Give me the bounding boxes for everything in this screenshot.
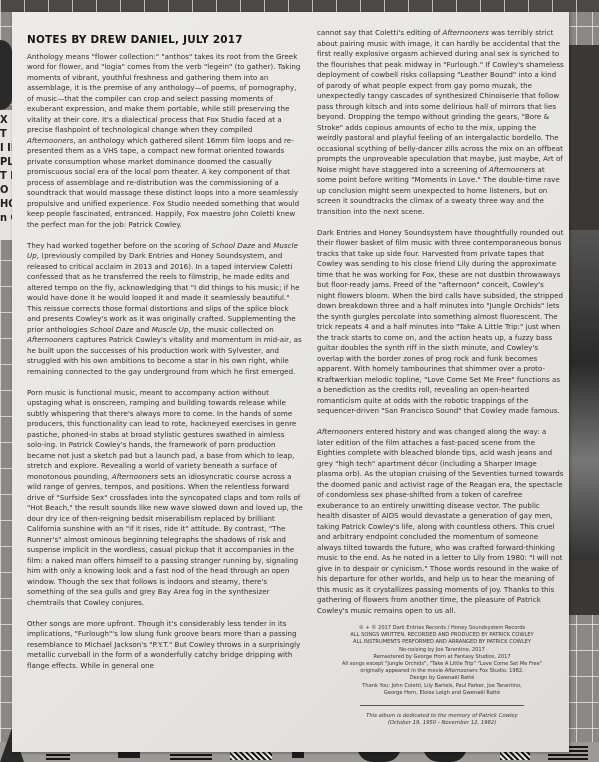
- credit-line: Design by Gwenaël Ratté: [317, 675, 567, 682]
- text-segment: George Horn, Eloise Leigh and Gwenaël Ra…: [384, 690, 500, 696]
- right-paragraphs: cannot say that Coletti's editing of Aft…: [317, 28, 564, 616]
- credit-line: ℗ + © 2017 Dark Entries Records / Honey …: [317, 625, 567, 632]
- background-left-dark-shape: [0, 40, 12, 110]
- text-segment: Other songs are more upfront. Though it'…: [27, 619, 300, 670]
- italic-title: Afternooners: [445, 668, 478, 674]
- dedication-line: This album is dedicated to the memory of…: [317, 713, 567, 720]
- text-segment: originally appeared in the movie: [360, 668, 444, 674]
- paragraph: Porn music is functional music, meant to…: [27, 388, 303, 609]
- italic-title: Afternooners: [27, 335, 73, 344]
- text-segment: , an anthology which gathered silent 16m…: [27, 136, 299, 229]
- paragraph: Anthology means "flower collection:" "an…: [27, 52, 303, 231]
- credit-line: ALL SONGS WRITTEN, RECORDED AND PRODUCED…: [317, 632, 567, 639]
- credit-line: Thank You: John Coletti, Lily Bartels, P…: [317, 683, 567, 690]
- notes-title: NOTES BY DREW DANIEL, JULY 2017: [27, 35, 303, 46]
- italic-title: Afternooners: [443, 28, 489, 37]
- credit-line: George Horn, Eloise Leigh and Gwenaël Ra…: [317, 690, 567, 697]
- text-segment: , the music collected on: [188, 325, 273, 334]
- text-segment: Porn music is functional music, meant to…: [27, 388, 296, 481]
- text-segment: and: [134, 325, 152, 334]
- text-segment: entered history and was changed along th…: [317, 427, 563, 615]
- text-segment: was terribly strict about pairing music …: [317, 28, 564, 174]
- text-segment: No-noising by Joe Tarantino, 2017: [399, 647, 485, 653]
- background-left-glyphs: X T I IF PLI T I O F HOS n O: [0, 110, 12, 225]
- credit-line: All songs except "Jungle Orchids", "Take…: [317, 661, 567, 668]
- text-segment: ℗ + © 2017 Dark Entries Records / Honey …: [359, 625, 525, 631]
- dedication-dates: (October 19, 1950 - November 12, 1982): [317, 720, 567, 727]
- credits-block: ℗ + © 2017 Dark Entries Records / Honey …: [317, 625, 567, 727]
- credit-line: ALL INSTRUMENTS PERFORMED AND ARRANGED B…: [317, 639, 567, 646]
- text-segment: Thank You: John Coletti, Lily Bartels, P…: [362, 683, 522, 689]
- liner-notes-sheet: NOTES BY DREW DANIEL, JULY 2017 Antholog…: [12, 12, 569, 752]
- paragraph: They had worked together before on the s…: [27, 241, 303, 378]
- paragraph: cannot say that Coletti's editing of Aft…: [317, 28, 564, 217]
- paragraph: Dark Entries and Honey Soundsystem have …: [317, 228, 564, 417]
- background-right-photo: [569, 230, 599, 560]
- italic-title: School Daze: [90, 325, 134, 334]
- text-segment: Dark Entries and Honey Soundsystem have …: [317, 228, 563, 416]
- right-column: cannot say that Coletti's editing of Aft…: [317, 28, 564, 627]
- text-segment: ALL INSTRUMENTS PERFORMED AND ARRANGED B…: [353, 639, 531, 645]
- background-top-bar: [0, 0, 599, 12]
- text-segment: , (previously compiled by Dark Entries a…: [27, 251, 299, 334]
- paragraph: Other songs are more upfront. Though it'…: [27, 619, 303, 672]
- left-paragraphs: Anthology means "flower collection:" "an…: [27, 52, 303, 672]
- italic-title: Afternooners: [317, 427, 363, 436]
- text-segment: sets an idiosyncratic course across a wi…: [27, 472, 303, 607]
- text-segment: cannot say that Coletti's editing of: [317, 28, 443, 37]
- paragraph: Afternooners entered history and was cha…: [317, 427, 564, 616]
- text-segment: Anthology means "flower collection:" "an…: [27, 52, 300, 135]
- background-left-text-strip: X T I IF PLI T I O F HOS n O: [0, 110, 12, 240]
- text-segment: Fox Studio, 1982.: [478, 668, 524, 674]
- text-segment: They had worked together before on the s…: [27, 241, 211, 250]
- text-segment: Remastered by George Horn at Fantasy Stu…: [373, 654, 510, 660]
- text-segment: Design by Gwenaël Ratté: [410, 675, 475, 681]
- text-segment: All songs except "Jungle Orchids", "Take…: [342, 661, 542, 667]
- credit-line: No-noising by Joe Tarantino, 2017: [317, 647, 567, 654]
- left-column: NOTES BY DREW DANIEL, JULY 2017 Antholog…: [27, 12, 303, 682]
- text-segment: and: [255, 241, 273, 250]
- text-segment: ALL SONGS WRITTEN, RECORDED AND PRODUCED…: [350, 632, 533, 638]
- credit-line: Remastered by George Horn at Fantasy Stu…: [317, 654, 567, 661]
- italic-title: Afternooners: [112, 472, 158, 481]
- dedication: This album is dedicated to the memory of…: [317, 713, 567, 727]
- italic-title: School Daze: [211, 241, 255, 250]
- italic-title: Muscle Up: [152, 325, 189, 334]
- italic-title: Afternooners: [27, 136, 73, 145]
- credit-lines: ℗ + © 2017 Dark Entries Records / Honey …: [317, 625, 567, 697]
- credits-divider: [360, 705, 524, 706]
- italic-title: Afternooners: [489, 165, 535, 174]
